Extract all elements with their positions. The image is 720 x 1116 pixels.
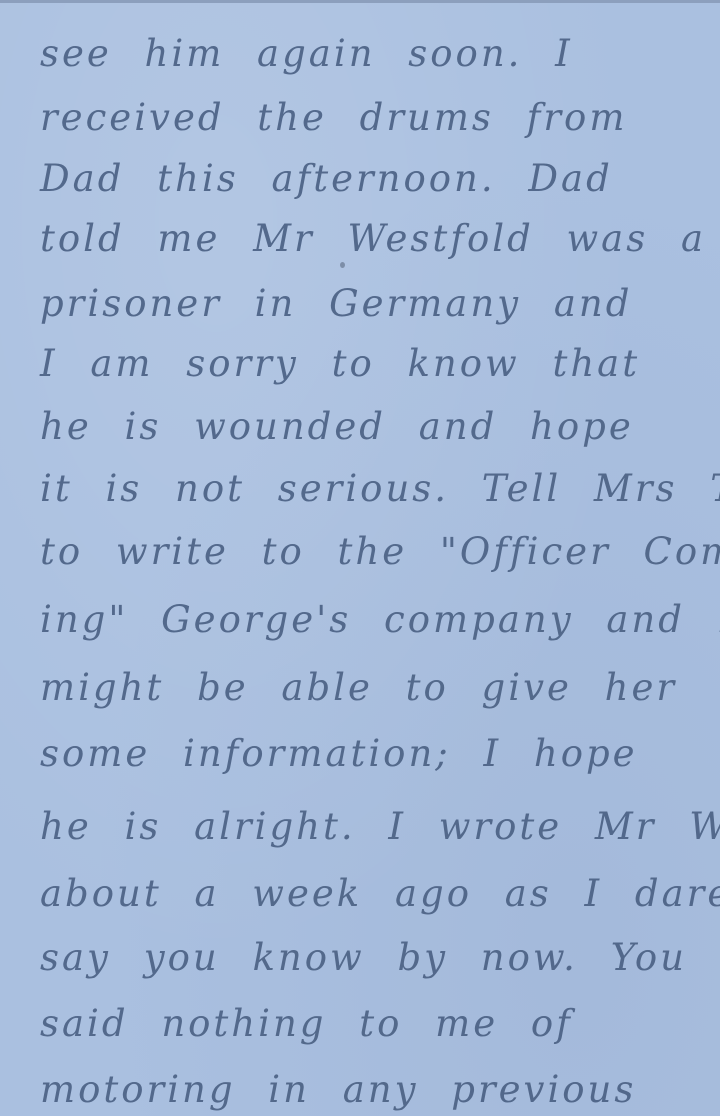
- letter-line-17: motoring in any previous: [40, 1068, 636, 1111]
- letter-line-9: to write to the "Officer Command-: [40, 530, 720, 573]
- letter-line-7: he is wounded and hope: [40, 405, 634, 448]
- letter-line-5: prisoner in Germany and: [40, 282, 632, 325]
- letter-line-3: Dad this afternoon. Dad: [40, 157, 613, 200]
- letter-line-4: told me Mr Westfold was a: [40, 217, 706, 260]
- letter-line-6: I am sorry to know that: [40, 342, 640, 385]
- letter-line-2: received the drums from: [40, 96, 627, 139]
- letter-line-13: he is alright. I wrote Mr Warden: [40, 805, 720, 848]
- letter-line-1: see him again soon. I: [40, 32, 573, 75]
- letter-line-15: say you know by now. You: [40, 936, 687, 979]
- letter-line-8: it is not serious. Tell Mrs Tod: [40, 467, 720, 510]
- letter-line-11: might be able to give her: [40, 666, 677, 709]
- letter-page: see him again soon. I received the drums…: [0, 0, 720, 1116]
- letter-line-14: about a week ago as I dare: [40, 872, 720, 915]
- page-top-edge: [0, 0, 720, 3]
- ink-spot: [340, 262, 345, 268]
- letter-line-10: ing" George's company and he: [40, 598, 720, 641]
- letter-line-16: said nothing to me of: [40, 1002, 573, 1045]
- letter-line-12: some information; I hope: [40, 732, 638, 775]
